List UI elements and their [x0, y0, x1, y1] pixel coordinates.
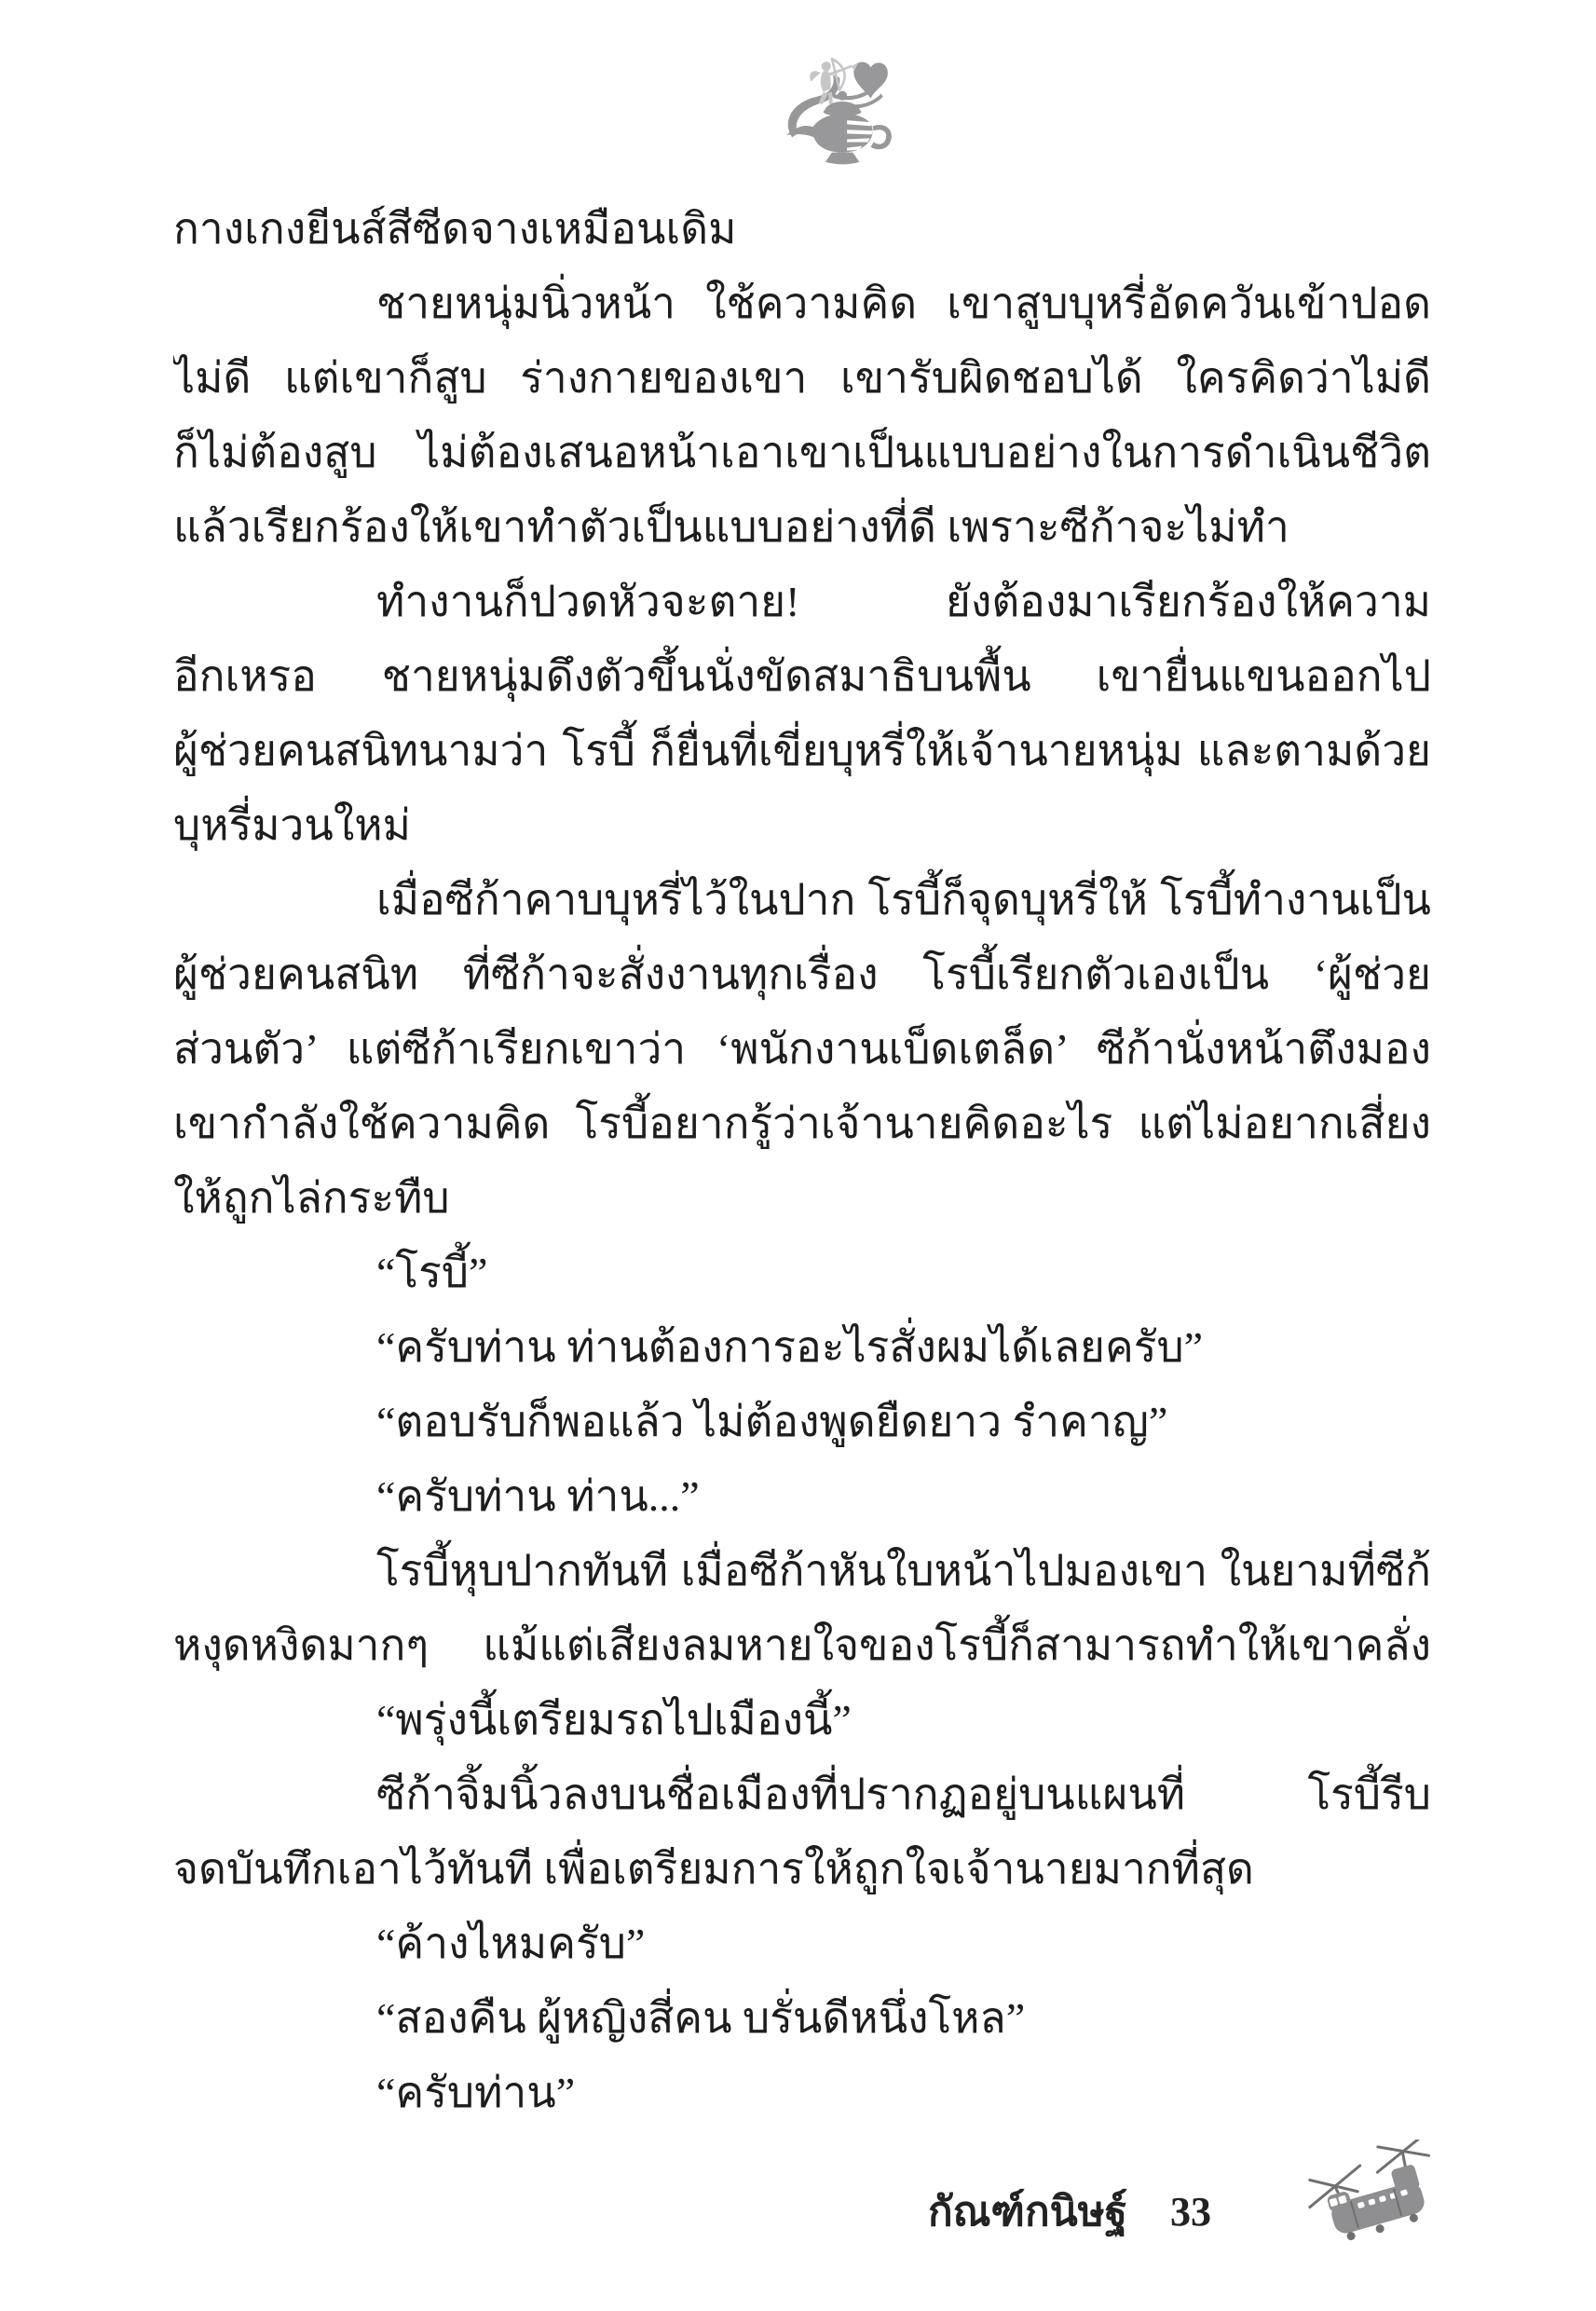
text-line: จดบันทึกเอาไว้ทันที เพื่อเตรียมการให้ถูก… [173, 1832, 1431, 1907]
text-line: ให้ถูกไล่กระทืบ [173, 1161, 1431, 1236]
cupid-genie-lamp-ornament-icon [779, 54, 896, 171]
text-line: ก็ไม่ต้องสูบ ไม่ต้องเสนอหน้าเอาเขาเป็นแบ… [173, 416, 1431, 490]
text-line: เมื่อซีก้าคาบบุหรี่ไว้ในปาก โรบี้ก็จุดบุ… [173, 863, 1431, 937]
text-line: ผู้ช่วยคนสนิทนามว่า โรบี้ ก็ยื่นที่เขี่ย… [173, 714, 1431, 788]
text-line: เขากำลังใช้ความคิด โรบี้อยากรู้ว่าเจ้านา… [173, 1087, 1431, 1161]
text-line: กางเกงยีนส์สีซีดจางเหมือนเดิม [173, 192, 1431, 267]
body-text: กางเกงยีนส์สีซีดจางเหมือนเดิมชายหนุ่มนิ่… [173, 192, 1431, 2130]
text-line: ชายหนุ่มนิ่วหน้า ใช้ความคิด เขาสูบบุหรี่… [173, 267, 1431, 341]
text-line: ส่วนตัว’ แต่ซีก้าเรียกเขาว่า ‘พนักงานเบ็… [173, 1012, 1431, 1087]
text-line: โรบี้หุบปากทันที เมื่อซีก้าหันใบหน้าไปมอ… [173, 1534, 1431, 1608]
text-line: “ค้างไหมครับ” [173, 1907, 1431, 1981]
text-line: “ตอบรับก็พอแล้ว ไม่ต้องพูดยืดยาว รำคาญ” [173, 1385, 1431, 1459]
text-line: แล้วเรียกร้องให้เขาทำตัวเป็นแบบอย่างที่ด… [173, 490, 1431, 565]
text-line: ทำงานก็ปวดหัวจะตาย! ยังต้องมาเรียกร้องให… [173, 565, 1431, 639]
text-line: ซีก้าจิ้มนิ้วลงบนชื่อเมืองที่ปรากฏอยู่บน… [173, 1757, 1431, 1832]
text-line: “ครับท่าน ท่านต้องการอะไรสั่งผมได้เลยครั… [173, 1310, 1431, 1385]
text-line: “พรุ่งนี้เตรียมรถไปเมืองนี้” [173, 1683, 1431, 1757]
text-line: บุหรี่มวนใหม่ [173, 788, 1431, 863]
text-line: อีกเหรอ ชายหนุ่มดึงตัวขึ้นนั่งขัดสมาธิบน… [173, 639, 1431, 714]
footer-book-title: กัณฑ์กนิษฐ์ [928, 2189, 1127, 2235]
text-line: ผู้ช่วยคนสนิท ที่ซีก้าจะสั่งงานทุกเรื่อง… [173, 937, 1431, 1012]
text-line: “โรบี้” [173, 1236, 1431, 1310]
text-line: “สองคืน ผู้หญิงสี่คน บรั่นดีหนึ่งโหล” [173, 1981, 1431, 2056]
text-line: “ครับท่าน” [173, 2056, 1431, 2130]
footer-page-number: 33 [1170, 2189, 1211, 2235]
text-line: “ครับท่าน ท่าน...” [173, 1459, 1431, 1534]
helicopter-icon [1304, 2140, 1453, 2261]
text-line: ไม่ดี แต่เขาก็สูบ ร่างกายของเขา เขารับผิ… [173, 341, 1431, 416]
book-page: กางเกงยีนส์สีซีดจางเหมือนเดิมชายหนุ่มนิ่… [0, 0, 1596, 2311]
page-footer: กัณฑ์กนิษฐ์33 [173, 2179, 1211, 2244]
text-line: หงุดหงิดมากๆ แม้แต่เสียงลมหายใจของโรบี้ก… [173, 1608, 1431, 1683]
